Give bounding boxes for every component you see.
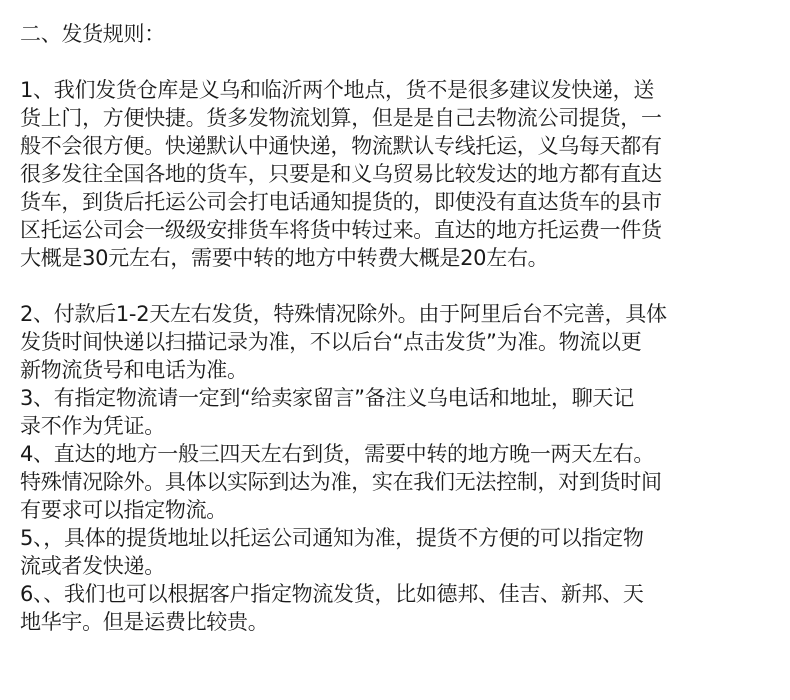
rule-1-line-3: 般不会很方便。快递默认中通快递，物流默认专线托运，义乌每天都有	[20, 132, 785, 160]
rule-5-line-2: 流或者发快递。	[20, 552, 785, 580]
blank-line	[20, 48, 785, 76]
rule-4-line-1: 4、直达的地方一般三四天左右到货，需要中转的地方晚一两天左右。	[20, 440, 785, 468]
rule-4-line-3: 有要求可以指定物流。	[20, 496, 785, 524]
rule-1-line-5: 货车，到货后托运公司会打电话通知提货的，即使没有直达货车的县市	[20, 188, 785, 216]
rule-2-paragraph: 2、付款后1-2天左右发货，特殊情况除外。由于阿里后台不完善，具体 发货时间快递…	[20, 300, 785, 384]
rule-6-line-1: 6、、我们也可以根据客户指定物流发货，比如德邦、佳吉、新邦、天	[20, 580, 785, 608]
rule-4-line-2: 特殊情况除外。具体以实际到达为准，实在我们无法控制，对到货时间	[20, 468, 785, 496]
shipping-rules-document: 二、发货规则： 1、我们发货仓库是义乌和临沂两个地点，货不是很多建议发快递，送 …	[20, 20, 785, 636]
rule-1-line-4: 很多发往全国各地的货车，只要是和义乌贸易比较发达的地方都有直达	[20, 160, 785, 188]
section-heading: 二、发货规则：	[20, 20, 785, 48]
rule-1-line-1: 1、我们发货仓库是义乌和临沂两个地点，货不是很多建议发快递，送	[20, 76, 785, 104]
rule-1-line-6: 区托运公司会一级级安排货车将货中转过来。直达的地方托运费一件货	[20, 216, 785, 244]
rule-5-line-1: 5、，具体的提货地址以托运公司通知为准，提货不方便的可以指定物	[20, 524, 785, 552]
rule-3-line-1: 3、有指定物流请一定到“给卖家留言”备注义乌电话和地址，聊天记	[20, 384, 785, 412]
rule-3-paragraph: 3、有指定物流请一定到“给卖家留言”备注义乌电话和地址，聊天记 录不作为凭证。	[20, 384, 785, 440]
rule-4-paragraph: 4、直达的地方一般三四天左右到货，需要中转的地方晚一两天左右。 特殊情况除外。具…	[20, 440, 785, 524]
blank-line	[20, 272, 785, 300]
rule-3-line-2: 录不作为凭证。	[20, 412, 785, 440]
rule-5-paragraph: 5、，具体的提货地址以托运公司通知为准，提货不方便的可以指定物 流或者发快递。	[20, 524, 785, 580]
rule-2-line-3: 新物流货号和电话为准。	[20, 356, 785, 384]
rule-1-line-7: 大概是30元左右，需要中转的地方中转费大概是20左右。	[20, 244, 785, 272]
rule-6-line-2: 地华宇。但是运费比较贵。	[20, 608, 785, 636]
rule-2-line-2: 发货时间快递以扫描记录为准，不以后台“点击发货”为准。物流以更	[20, 328, 785, 356]
rule-6-paragraph: 6、、我们也可以根据客户指定物流发货，比如德邦、佳吉、新邦、天 地华宇。但是运费…	[20, 580, 785, 636]
rule-2-line-1: 2、付款后1-2天左右发货，特殊情况除外。由于阿里后台不完善，具体	[20, 300, 785, 328]
rule-1-paragraph: 1、我们发货仓库是义乌和临沂两个地点，货不是很多建议发快递，送 货上门，方便快捷…	[20, 76, 785, 272]
rule-1-line-2: 货上门，方便快捷。货多发物流划算，但是是自己去物流公司提货，一	[20, 104, 785, 132]
